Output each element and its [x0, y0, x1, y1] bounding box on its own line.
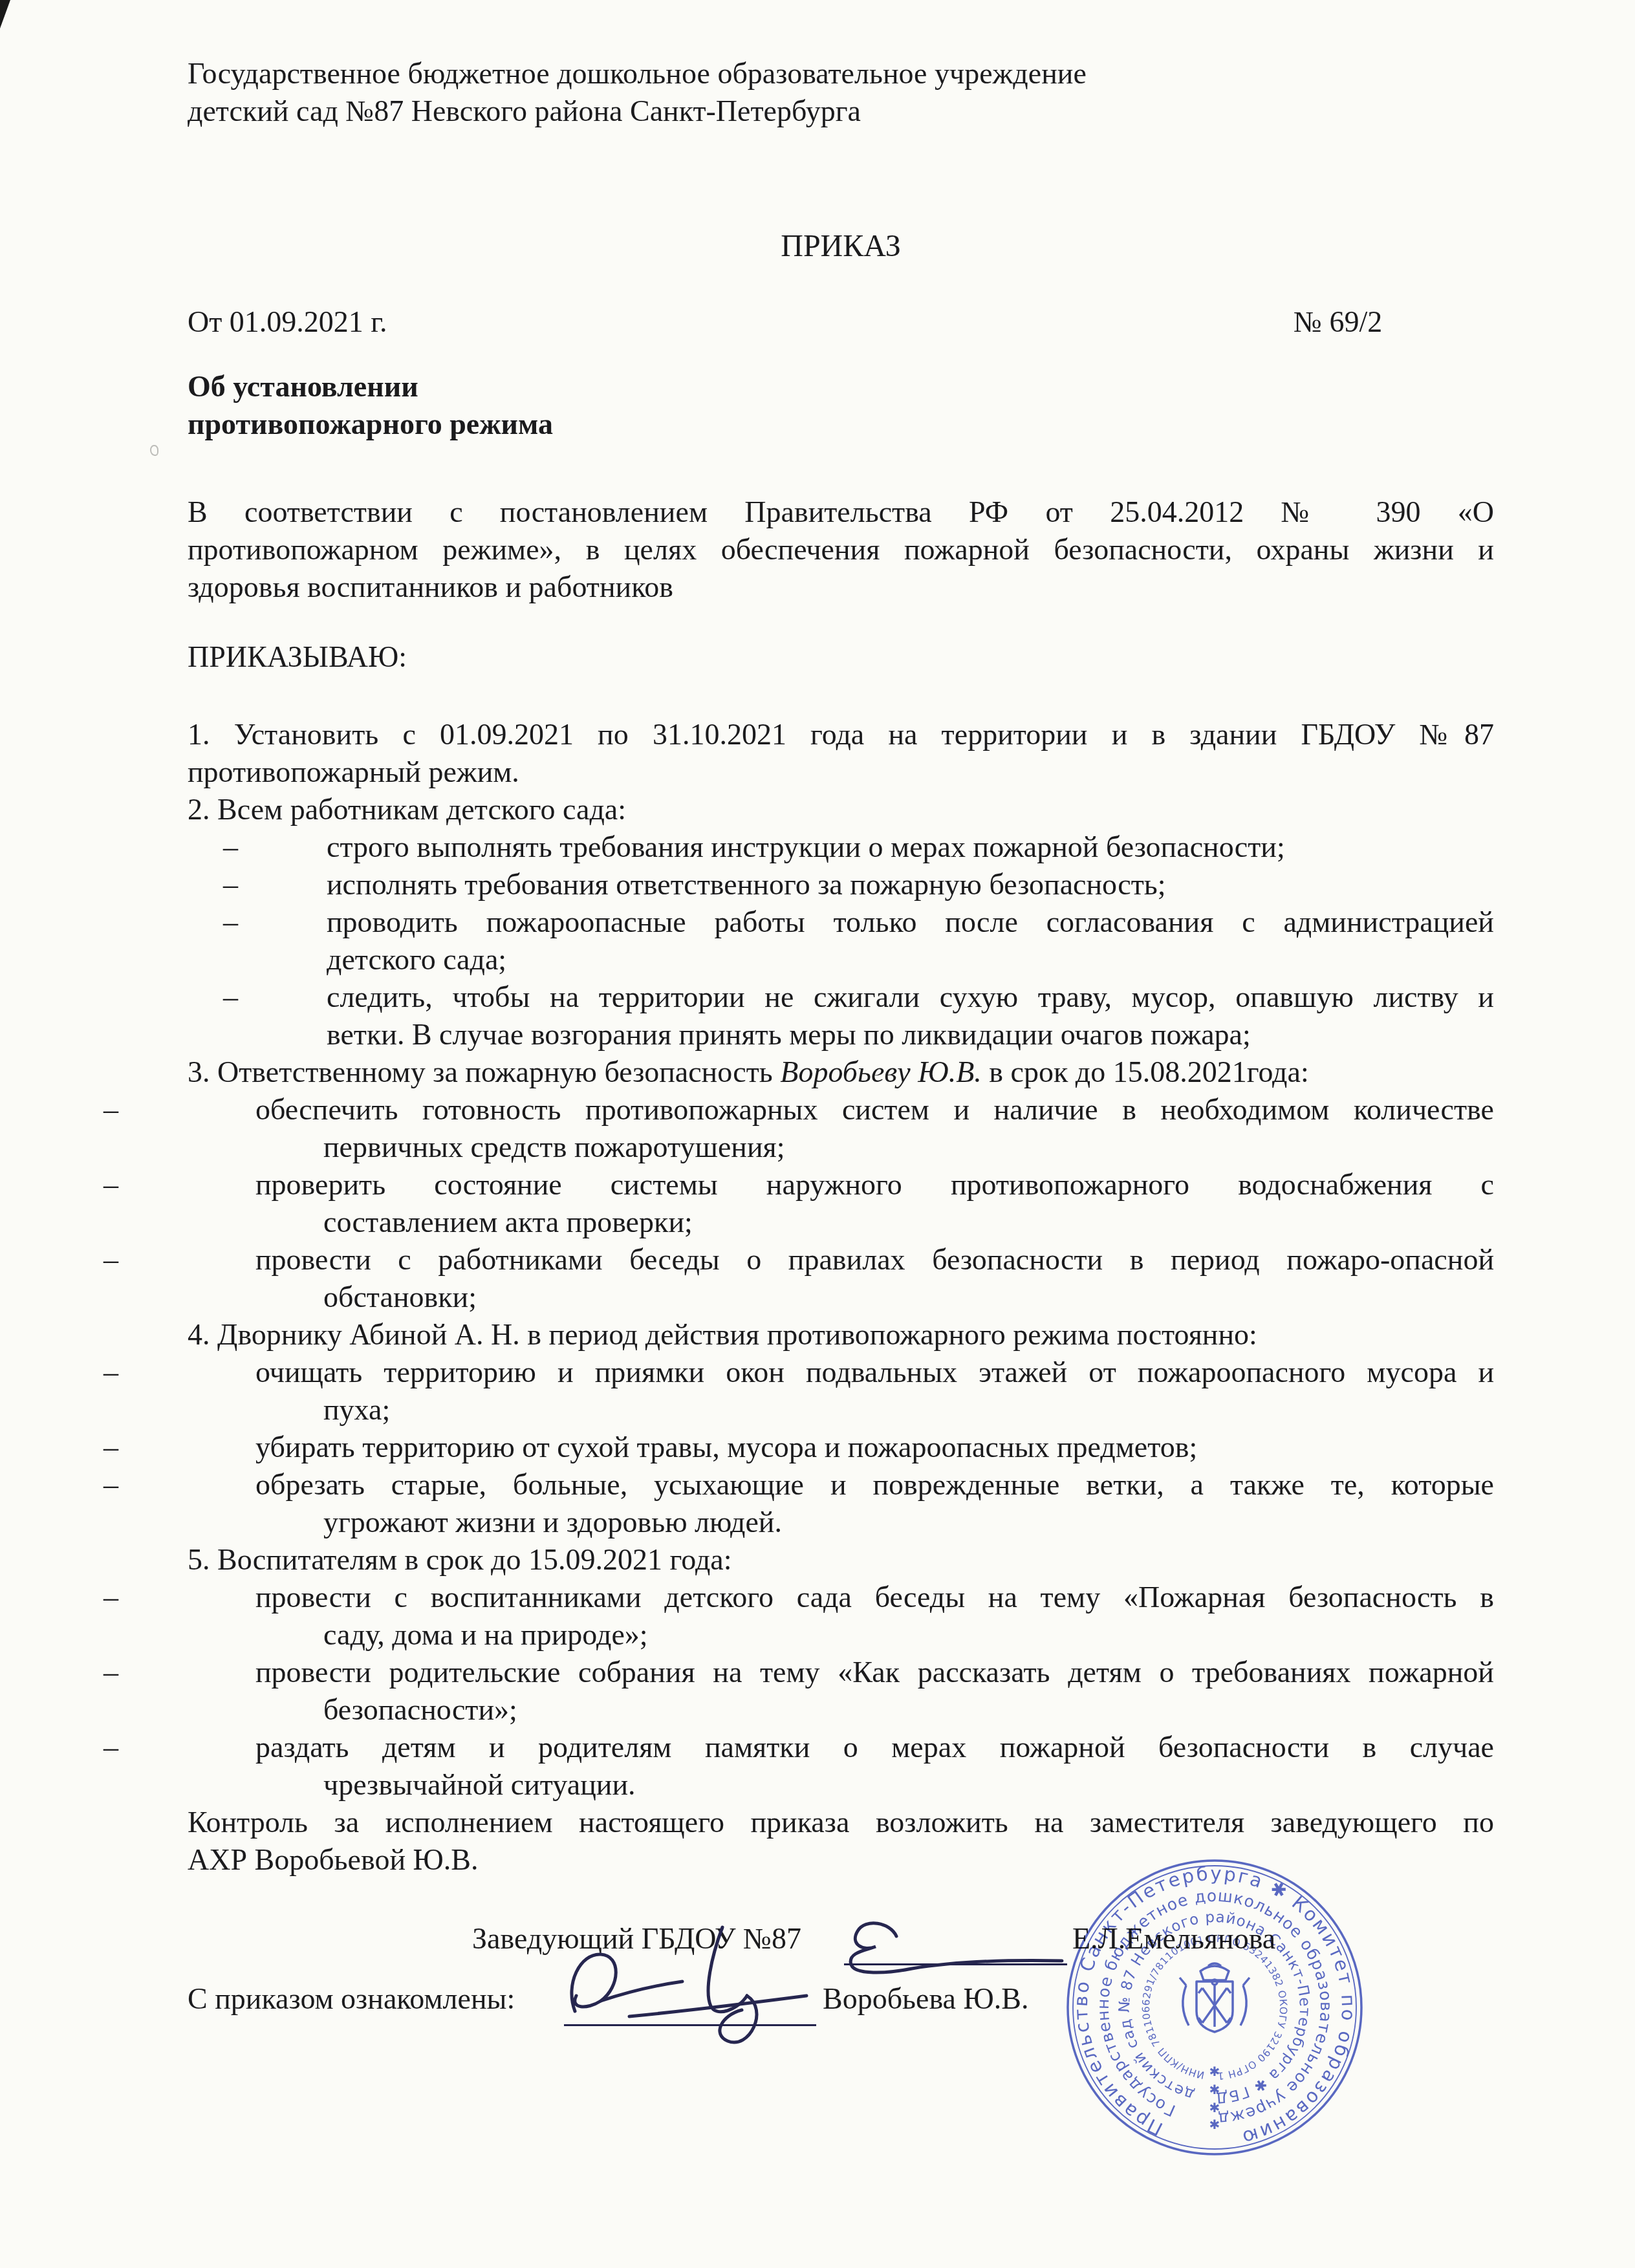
list-dash: –: [213, 1579, 255, 1616]
order-date: От 01.09.2021 г.: [188, 305, 387, 338]
order-item-2-sub-2: –исполнять требования ответственного за …: [327, 866, 1494, 903]
preamble-paragraph: В соответствии с постановлением Правител…: [188, 493, 1494, 606]
item-3-text-pre: 3. Ответственному за пожарную безопаснос…: [188, 1055, 780, 1088]
org-header-line2: детский сад №87 Невского района Санкт-Пе…: [188, 92, 1494, 130]
subject-line1: Об установлении: [188, 368, 1494, 405]
list-dash: –: [213, 1466, 255, 1504]
scan-corner-artifact: [0, 0, 10, 28]
order-item-3-heading: 3. Ответственному за пожарную безопаснос…: [188, 1053, 1494, 1091]
order-item-3-sub-1: –обеспечить готовность противопожарных с…: [323, 1091, 1494, 1166]
order-item-2-sub-4: –следить, чтобы на территории не сжигали…: [327, 978, 1494, 1053]
list-dash: –: [275, 866, 327, 903]
order-item-4-heading: 4. Дворнику Абиной А. Н. в период действ…: [188, 1316, 1494, 1354]
stamp-star-icon: ✱: [1209, 2082, 1220, 2097]
stamp-icon: Правительство Санкт-Петербурга ✱ Комитет…: [1065, 1857, 1365, 2157]
order-item-5-sub-2: –провести родительские собрания на тему …: [323, 1654, 1494, 1729]
order-item-5-sub-1: –провести с воспитанниками детского сада…: [323, 1579, 1494, 1654]
date-number-row: От 01.09.2021 г. № 69/2: [188, 303, 1494, 341]
list-dash: –: [213, 1729, 255, 1766]
official-stamp: Правительство Санкт-Петербурга ✱ Комитет…: [1065, 1857, 1365, 2157]
order-item-3-sub-2: –проверить состояние системы наружного п…: [323, 1166, 1494, 1241]
order-item-4-sub-3: –обрезать старые, больные, усыхающие и п…: [323, 1466, 1494, 1541]
order-item-3-sub-3: –провести с работниками беседы о правила…: [323, 1241, 1494, 1316]
item-3-responsible-name: Воробьеву Ю.В.: [780, 1055, 981, 1088]
order-item-2-sub-3: –проводить пожароопасные работы только п…: [327, 903, 1494, 978]
org-header-line1: Государственное бюджетное дошкольное обр…: [188, 55, 1494, 92]
list-dash: –: [213, 1091, 255, 1129]
subject-line2: противопожарного режима: [188, 405, 1494, 443]
stamp-star-icon: ✱: [1209, 2100, 1220, 2115]
list-dash: –: [275, 903, 327, 941]
acknowledged-signature-icon: [553, 1913, 838, 2071]
list-dash: –: [213, 1166, 255, 1204]
list-dash: –: [275, 828, 327, 866]
order-body: 1. Установить с 01.09.2021 по 31.10.2021…: [188, 716, 1494, 1879]
stamp-star-icon: ✱: [1209, 2064, 1220, 2079]
order-item-4-sub-1: –очищать территорию и приямки окон подва…: [323, 1354, 1494, 1429]
resolution-word: ПРИКАЗЫВАЮ:: [188, 638, 1494, 676]
org-header: Государственное бюджетное дошкольное обр…: [188, 55, 1494, 130]
order-item-5-sub-3: –раздать детям и родителям памятки о мер…: [323, 1729, 1494, 1804]
stamp-star-icon: ✱: [1209, 2117, 1220, 2132]
acknowledged-label: С приказом ознакомлены:: [188, 1980, 515, 2018]
document-title: ПРИКАЗ: [188, 228, 1494, 265]
scanned-order-document: Государственное бюджетное дошкольное обр…: [0, 0, 1635, 2268]
order-item-1: 1. Установить с 01.09.2021 по 31.10.2021…: [188, 716, 1494, 791]
order-subject: Об установлении противопожарного режима: [188, 368, 1494, 443]
coat-of-arms-icon: [1180, 1963, 1250, 2032]
order-item-5-heading: 5. Воспитателям в срок до 15.09.2021 год…: [188, 1541, 1494, 1579]
head-signature-icon: [834, 1914, 1080, 1998]
scan-artifact: [150, 445, 158, 456]
order-item-4-sub-2: –убирать территорию от сухой травы, мусо…: [323, 1429, 1494, 1466]
list-dash: –: [213, 1654, 255, 1691]
list-dash: –: [213, 1354, 255, 1391]
order-number: № 69/2: [1294, 303, 1382, 341]
item-3-text-post: в срок до 15.08.2021года:: [982, 1055, 1309, 1088]
list-dash: –: [213, 1241, 255, 1279]
order-item-2-sub-1: –строго выполнять требования инструкции …: [327, 828, 1494, 866]
list-dash: –: [275, 978, 327, 1016]
list-dash: –: [213, 1429, 255, 1466]
order-item-2-heading: 2. Всем работникам детского сада:: [188, 791, 1494, 828]
